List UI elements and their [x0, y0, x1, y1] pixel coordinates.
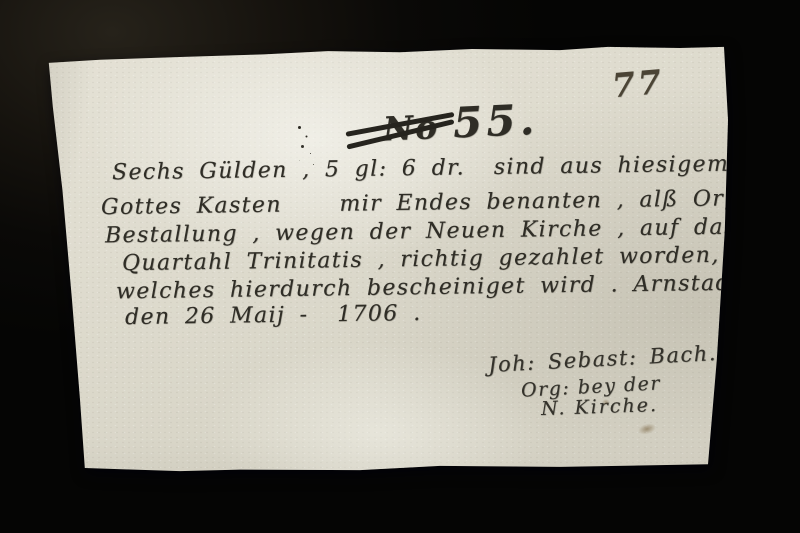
handwriting-line: Sechs Gülden , 5 gl: 6 dr. sind aus hies… [112, 152, 730, 186]
photograph: No55. 77 Sechs Gülden , 5 gl: 6 dr. sind… [0, 0, 800, 533]
ink-specks [298, 126, 301, 129]
archive-number: 77 [610, 62, 665, 105]
receipt-paper: No55. 77 Sechs Gülden , 5 gl: 6 dr. sind… [0, 0, 800, 533]
handwriting-line: den 26 Maij - 1706 . [125, 301, 422, 330]
signature-line: Joh: Sebast: Bach. [488, 341, 718, 377]
ink-stain [602, 399, 610, 405]
paper-shadow-wrap: No55. 77 Sechs Gülden , 5 gl: 6 dr. sind… [0, 0, 800, 533]
document-number: 55. [452, 95, 539, 148]
crossed-out-text: No [378, 107, 444, 149]
handwriting-line: Quartahl Trinitatis , richtig gezahlet w… [122, 243, 720, 276]
signature-line: N. Kirche. [541, 394, 659, 420]
handwriting-layer: No55. 77 Sechs Gülden , 5 gl: 6 dr. sind… [0, 0, 800, 533]
handwriting-line: welches hierdurch bescheiniget wird . Ar… [116, 271, 742, 305]
